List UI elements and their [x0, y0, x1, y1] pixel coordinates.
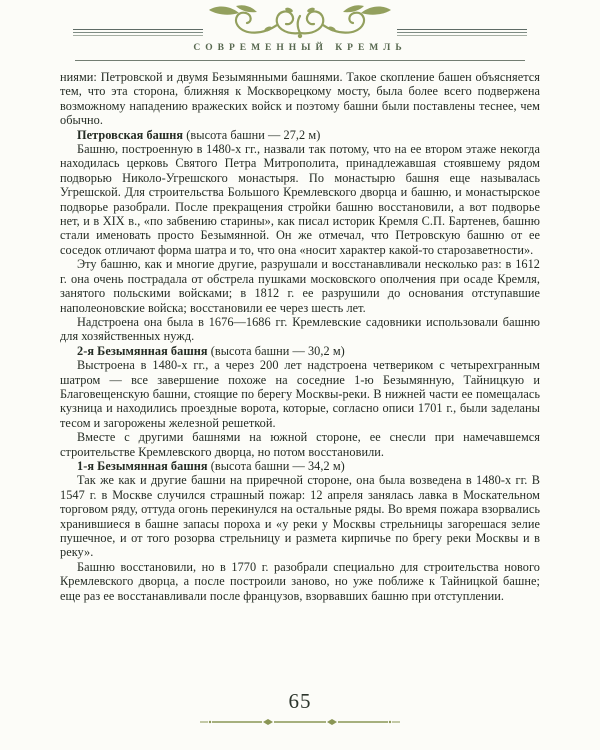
page-number: 65: [0, 690, 600, 712]
section-heading-height: (высота башни — 30,2 м): [208, 344, 345, 358]
header-right-rule: [397, 29, 527, 36]
page-header: СОВРЕМЕННЫЙ КРЕМЛЬ: [0, 0, 600, 68]
section-heading: 2-я Безымянная башня (высота башни — 30,…: [60, 344, 540, 358]
floral-scroll-ornament-icon: [205, 3, 395, 43]
header-left-rule: [73, 29, 203, 36]
header-bottom-rule: [75, 60, 525, 61]
paragraph: Так же как и другие башни на приречной с…: [60, 473, 540, 559]
book-page: СОВРЕМЕННЫЙ КРЕМЛЬ ниями: Петровской и д…: [0, 0, 600, 750]
section-heading-name: Петровская башня: [77, 128, 183, 142]
page-footer: 65: [0, 690, 600, 732]
section-heading-name: 1-я Безымянная башня: [77, 459, 208, 473]
paragraph: Башню, построенную в 1480-х гг., назвали…: [60, 142, 540, 257]
paragraph: Вместе с другими башнями на южной сторон…: [60, 430, 540, 459]
paragraph: ниями: Петровской и двумя Безымянными ба…: [60, 70, 540, 128]
paragraph: Башню восстановили, но в 1770 г. разобра…: [60, 560, 540, 603]
section-heading-name: 2-я Безымянная башня: [77, 344, 208, 358]
paragraph: Выстроена в 1480-х гг., а через 200 лет …: [60, 358, 540, 430]
section-heading: Петровская башня (высота башни — 27,2 м): [60, 128, 540, 142]
section-heading: 1-я Безымянная башня (высота башни — 34,…: [60, 459, 540, 473]
section-heading-height: (высота башни — 34,2 м): [208, 459, 345, 473]
paragraph: Надстроена она была в 1676—1686 гг. Крем…: [60, 315, 540, 344]
section-heading-height: (высота башни — 27,2 м): [183, 128, 320, 142]
page-header-title: СОВРЕМЕННЫЙ КРЕМЛЬ: [0, 43, 600, 53]
diamond-rule-ornament-icon: [0, 714, 600, 732]
body-text: ниями: Петровской и двумя Безымянными ба…: [60, 70, 540, 603]
paragraph: Эту башню, как и многие другие, разрушал…: [60, 257, 540, 315]
